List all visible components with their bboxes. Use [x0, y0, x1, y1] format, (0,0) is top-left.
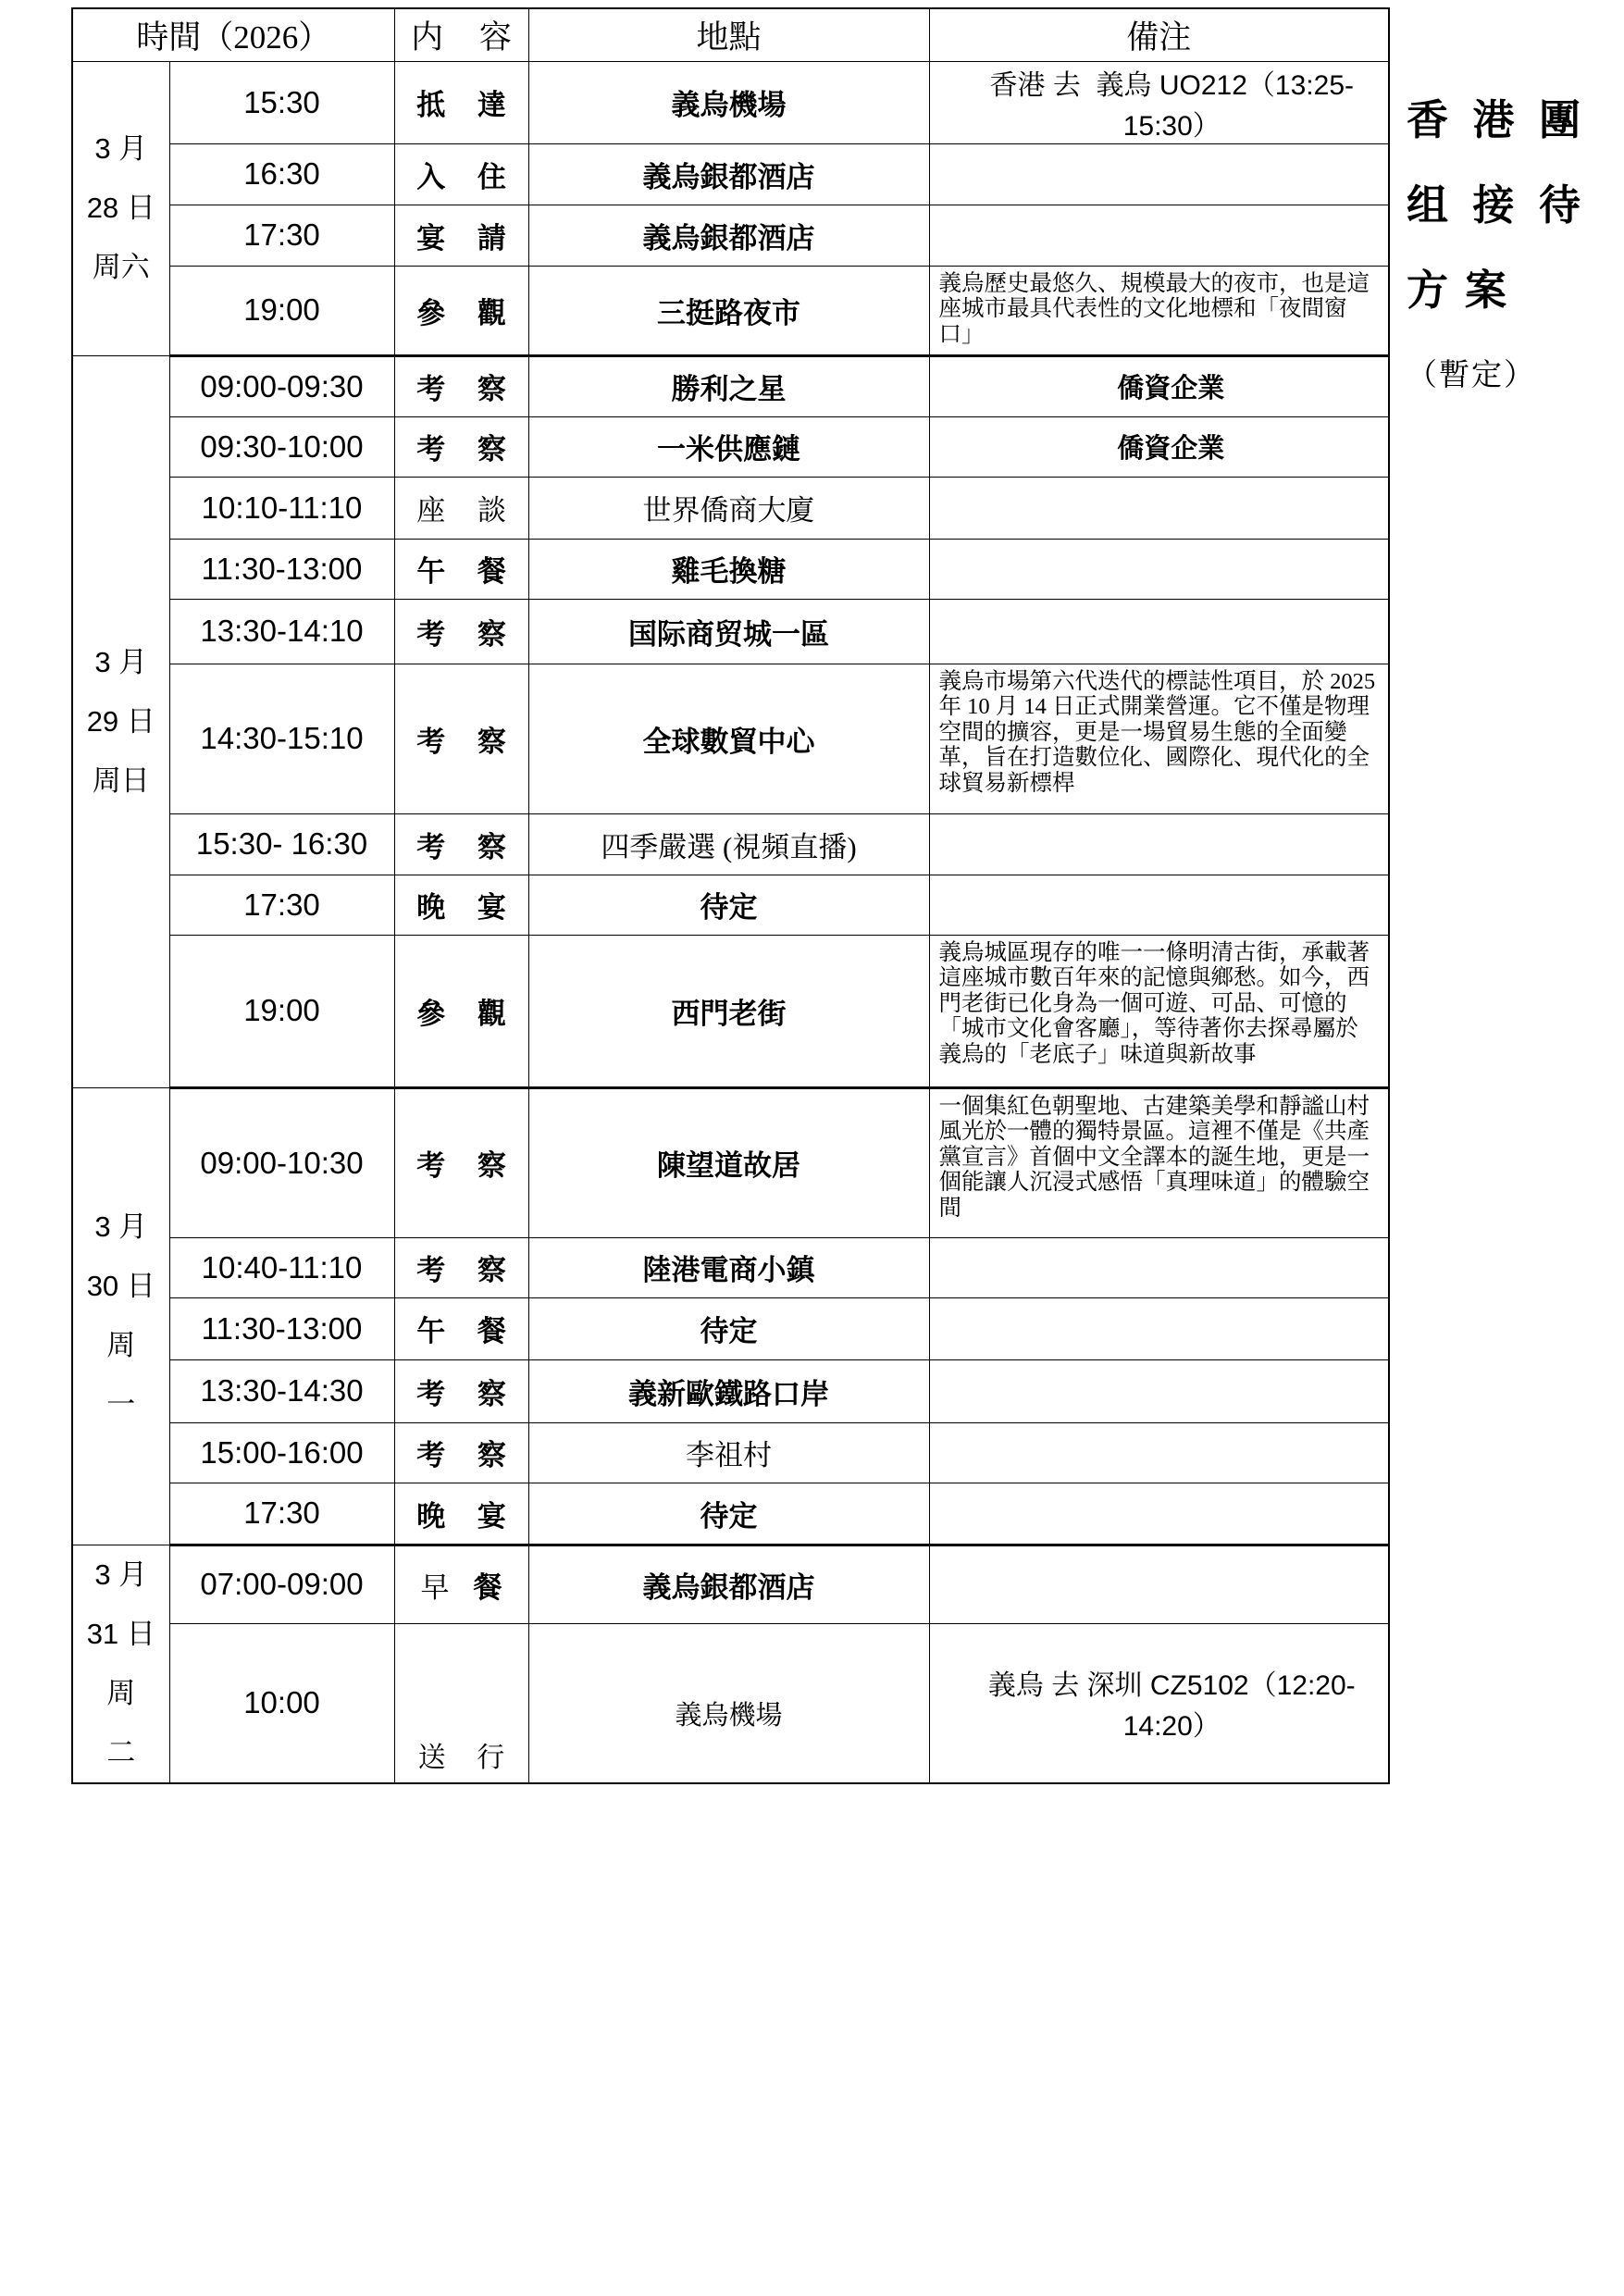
schedule-row: 09:30-10:00 考 察 一米供應鏈 僑資企業: [72, 416, 1389, 477]
place-cell: 義烏銀都酒店: [528, 205, 929, 266]
remark-cell: [929, 539, 1389, 599]
time-cell: 16:30: [169, 143, 394, 205]
place-cell: 陸港電商小鎮: [528, 1237, 929, 1297]
place-cell: 義烏機場: [528, 61, 929, 143]
place-cell: 待定: [528, 1483, 929, 1545]
seeoff-label: 送 行: [395, 1734, 528, 1775]
schedule-row: 16:30 入 住 義烏銀都酒店: [72, 143, 1389, 205]
schedule-row: 13:30-14:10 考 察 国际商贸城一區: [72, 599, 1389, 664]
header-row: 時間（2026） 内 容 地點 備注: [72, 8, 1389, 61]
time-cell: 13:30-14:10: [169, 599, 394, 664]
remark-cell: [929, 477, 1389, 539]
time-cell: 10:10-11:10: [169, 477, 394, 539]
content-cell: 午 餐: [394, 539, 528, 599]
time-cell: 17:30: [169, 1483, 394, 1545]
time-cell: 14:30-15:10: [169, 664, 394, 813]
content-cell: 考 察: [394, 664, 528, 813]
time-cell: 17:30: [169, 875, 394, 935]
schedule-row: 14:30-15:10 考 察 全球數貿中心 義烏市場第六代迭代的標誌性項目，於…: [72, 664, 1389, 813]
content-cell: 午 餐: [394, 1297, 528, 1359]
place-cell: 陳望道故居: [528, 1087, 929, 1237]
content-cell: 考 察: [394, 1087, 528, 1237]
place-cell: 世界僑商大廈: [528, 477, 929, 539]
time-cell: 15:30: [169, 61, 394, 143]
time-cell: 13:30-14:30: [169, 1359, 394, 1422]
schedule-row: 15:00-16:00 考 察 李祖村: [72, 1422, 1389, 1483]
remark-cell: [929, 205, 1389, 266]
place-cell: 全球數貿中心: [528, 664, 929, 813]
remark-cell: [929, 1359, 1389, 1422]
content-cell: 入 住: [394, 143, 528, 205]
title-line-tentative: （暫定）: [1407, 333, 1592, 418]
content-cell: 參 觀: [394, 935, 528, 1087]
time-cell: 11:30-13:00: [169, 539, 394, 599]
schedule-row: 17:30 晚 宴 待定: [72, 1483, 1389, 1545]
schedule-row: 19:00 參 觀 西門老街 義烏城區現存的唯一一條明清古街，承載著這座城市數百…: [72, 935, 1389, 1087]
day-line: 二: [73, 1723, 169, 1782]
time-cell: 09:00-10:30: [169, 1087, 394, 1237]
content-cell: 參 觀: [394, 266, 528, 355]
remark-cell: 一個集紅色朝聖地、古建築美學和靜謐山村風光於一體的獨特景區。這裡不僅是《共產黨宣…: [929, 1087, 1389, 1237]
remark-cell: [929, 813, 1389, 875]
title-line-3: 方案: [1407, 248, 1592, 333]
day-cell-mar28: 3 月 28 日 周六: [72, 61, 169, 355]
title-line-1: 香 港 團: [1407, 78, 1592, 163]
time-cell: 19:00: [169, 935, 394, 1087]
remark-cell: 義烏城區現存的唯一一條明清古街，承載著這座城市數百年來的記憶與鄉愁。如今，西門老…: [929, 935, 1389, 1087]
header-place: 地點: [528, 8, 929, 61]
place-cell: 四季嚴選 (視頻直播): [528, 813, 929, 875]
schedule-row: 3 月 30 日周 一 09:00-10:30 考 察 陳望道故居 一個集紅色朝…: [72, 1087, 1389, 1237]
day-line: 3 月: [73, 119, 169, 179]
content-cell: 考 察: [394, 1359, 528, 1422]
remark-cell: [929, 1297, 1389, 1359]
remark-cell: [929, 143, 1389, 205]
content-cell: 晚 宴: [394, 875, 528, 935]
schedule-row: 10:00 送 行 義烏機場 義烏 去 深圳 CZ5102（12:20-14:2…: [72, 1624, 1389, 1783]
remark-cell: 義烏 去 深圳 CZ5102（12:20-14:20）: [929, 1624, 1389, 1783]
schedule-row: 17:30 晚 宴 待定: [72, 875, 1389, 935]
remark-cell: 僑資企業: [929, 355, 1389, 416]
place-cell: 勝利之星: [528, 355, 929, 416]
title-line-2: 组 接 待: [1407, 163, 1592, 248]
day-line: 周日: [73, 751, 169, 811]
place-cell: 待定: [528, 875, 929, 935]
remark-cell: 義烏歷史最悠久、規模最大的夜市，也是這座城市最具代表性的文化地標和「夜間窗口」: [929, 266, 1389, 355]
time-cell: 11:30-13:00: [169, 1297, 394, 1359]
content-cell: 宴 請: [394, 205, 528, 266]
remark-cell: [929, 599, 1389, 664]
page: { "header": { "time": "時間（2026）", "conte…: [0, 0, 1624, 2296]
time-cell: 09:30-10:00: [169, 416, 394, 477]
remark-cell: [929, 1422, 1389, 1483]
time-cell: 10:00: [169, 1624, 394, 1783]
header-remark: 備注: [929, 8, 1389, 61]
place-cell: 三挺路夜市: [528, 266, 929, 355]
header-content-label: 内 容: [411, 19, 512, 56]
content-light-part: 早: [421, 1571, 450, 1604]
schedule-row: 3 月 28 日 周六 15:30 抵 達 義烏機場 香港 去 義烏 UO212…: [72, 61, 1389, 143]
header-content: 内 容: [394, 8, 528, 61]
time-cell: 07:00-09:00: [169, 1545, 394, 1624]
day-line: 31 日周: [73, 1605, 169, 1723]
schedule-row: 10:10-11:10 座 談 世界僑商大廈: [72, 477, 1389, 539]
day-cell-mar30: 3 月 30 日周 一: [72, 1087, 169, 1545]
document-title: 香 港 團 组 接 待 方案 （暫定）: [1407, 78, 1592, 418]
time-cell: 10:40-11:10: [169, 1237, 394, 1297]
content-cell: 考 察: [394, 1237, 528, 1297]
content-cell: 考 察: [394, 813, 528, 875]
place-cell: 義新歐鐵路口岸: [528, 1359, 929, 1422]
remark-cell: 義烏市場第六代迭代的標誌性項目，於 2025 年 10 月 14 日正式開業營運…: [929, 664, 1389, 813]
place-cell: 国际商贸城一區: [528, 599, 929, 664]
content-cell: 座 談: [394, 477, 528, 539]
schedule-row: 13:30-14:30 考 察 義新歐鐵路口岸: [72, 1359, 1389, 1422]
schedule-row: 3 月 29 日 周日 09:00-09:30 考 察 勝利之星 僑資企業: [72, 355, 1389, 416]
content-cell: 早餐: [394, 1545, 528, 1624]
day-line: 29 日: [73, 692, 169, 751]
itinerary-table-container: 時間（2026） 内 容 地點 備注 3 月 28 日 周六 15:30 抵 達…: [71, 7, 1390, 1784]
day-line: 3 月: [73, 633, 169, 692]
day-line: 30 日周: [73, 1257, 169, 1375]
schedule-row: 19:00 參 觀 三挺路夜市 義烏歷史最悠久、規模最大的夜市，也是這座城市最具…: [72, 266, 1389, 355]
content-cell: 考 察: [394, 1422, 528, 1483]
itinerary-table: 時間（2026） 内 容 地點 備注 3 月 28 日 周六 15:30 抵 達…: [71, 7, 1390, 1784]
schedule-row: 3 月 31 日周 二 07:00-09:00 早餐 義烏銀都酒店: [72, 1545, 1389, 1624]
content-cell: 抵 達: [394, 61, 528, 143]
remark-cell: [929, 1545, 1389, 1624]
content-cell: 考 察: [394, 599, 528, 664]
schedule-row: 11:30-13:00 午 餐 待定: [72, 1297, 1389, 1359]
remark-cell: [929, 1483, 1389, 1545]
remark-cell: 香港 去 義烏 UO212（13:25-15:30）: [929, 61, 1389, 143]
day-line: 3 月: [73, 1545, 169, 1605]
place-cell: 西門老街: [528, 935, 929, 1087]
content-bold-part: 餐: [474, 1571, 502, 1604]
place-cell: 義烏銀都酒店: [528, 1545, 929, 1624]
schedule-row: 17:30 宴 請 義烏銀都酒店: [72, 205, 1389, 266]
place-cell: 義烏機場: [528, 1624, 929, 1783]
content-cell: 送 行: [394, 1624, 528, 1783]
place-cell: 義烏銀都酒店: [528, 143, 929, 205]
time-cell: 19:00: [169, 266, 394, 355]
time-cell: 15:00-16:00: [169, 1422, 394, 1483]
day-line: 28 日: [73, 179, 169, 238]
day-line: 周六: [73, 238, 169, 297]
place-cell: 雞毛換糖: [528, 539, 929, 599]
day-cell-mar31: 3 月 31 日周 二: [72, 1545, 169, 1783]
time-cell: 09:00-09:30: [169, 355, 394, 416]
place-cell: 一米供應鏈: [528, 416, 929, 477]
remark-cell: [929, 1237, 1389, 1297]
place-cell: 李祖村: [528, 1422, 929, 1483]
content-cell: 晚 宴: [394, 1483, 528, 1545]
schedule-row: 15:30- 16:30 考 察 四季嚴選 (視頻直播): [72, 813, 1389, 875]
day-line: 一: [73, 1375, 169, 1434]
header-time: 時間（2026）: [72, 8, 394, 61]
place-cell: 待定: [528, 1297, 929, 1359]
time-cell: 15:30- 16:30: [169, 813, 394, 875]
day-line: 3 月: [73, 1198, 169, 1257]
content-cell: 考 察: [394, 416, 528, 477]
content-cell: 考 察: [394, 355, 528, 416]
remark-cell: [929, 875, 1389, 935]
time-cell: 17:30: [169, 205, 394, 266]
day-cell-mar29: 3 月 29 日 周日: [72, 355, 169, 1087]
schedule-row: 10:40-11:10 考 察 陸港電商小鎮: [72, 1237, 1389, 1297]
remark-cell: 僑資企業: [929, 416, 1389, 477]
schedule-row: 11:30-13:00 午 餐 雞毛換糖: [72, 539, 1389, 599]
